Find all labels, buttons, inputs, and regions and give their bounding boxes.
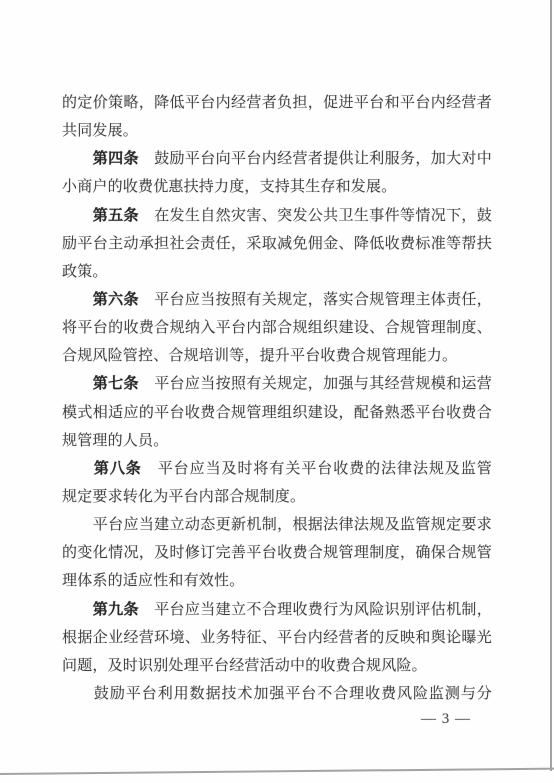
text-segment: 在发生自然灾害、突发公共卫生事件等情况下，鼓 [139, 208, 492, 224]
page-number: — 3 — [421, 709, 481, 729]
text-segment: 平台应当建立不合理收费行为风险识别评估机制， [139, 602, 492, 618]
text-segment: 平台应当及时将有关平台收费的法律法规及监管 [142, 461, 492, 477]
text-segment: 共同发展。 [62, 123, 138, 139]
text-segment: 问题，及时识别处理平台经营活动中的收费合规风险。 [62, 658, 427, 674]
page-edge-right-line [550, 0, 552, 771]
document-page: 的定价策略，降低平台内经营者负担，促进平台和平台内经营者共同发展。 第四条 鼓励… [0, 0, 554, 783]
text-segment [62, 151, 93, 167]
page-edge-bottom-line [0, 768, 554, 775]
article-number: 第四条 [93, 151, 139, 167]
document-body: 的定价策略，降低平台内经营者负担，促进平台和平台内经营者共同发展。 第四条 鼓励… [62, 89, 492, 708]
text-segment [62, 602, 93, 618]
article-number: 第九条 [93, 602, 139, 618]
text-line: 的定价策略，降低平台内经营者负担，促进平台和平台内经营者 [62, 89, 492, 117]
text-line: 的变化情况，及时修订完善平台收费合规管理制度，确保合规管 [62, 539, 492, 567]
text-segment: 平台应当按照有关规定，加强与其经营规模和运营 [139, 376, 492, 392]
text-line: 根据企业经营环境、业务特征、平台内经营者的反映和舆论曝光 [62, 624, 492, 652]
text-line: 将平台的收费合规纳入平台内部合规组织建设、合规管理制度、 [62, 314, 492, 342]
text-line: 鼓励平台利用数据技术加强平台不合理收费风险监测与分 [62, 680, 492, 708]
text-line: 合规风险管控、合规培训等，提升平台收费合规管理能力。 [62, 342, 492, 370]
text-segment: 合规风险管控、合规培训等，提升平台收费合规管理能力。 [62, 348, 457, 364]
text-segment: 的变化情况，及时修订完善平台收费合规管理制度，确保合规管 [62, 545, 492, 561]
text-segment: 理体系的适应性和有效性。 [62, 573, 244, 589]
text-segment: 根据企业经营环境、业务特征、平台内经营者的反映和舆论曝光 [62, 630, 492, 646]
text-line: 共同发展。 [62, 117, 492, 145]
text-line: 模式相适应的平台收费合规管理组织建设，配备熟悉平台收费合 [62, 399, 492, 427]
article-number: 第七条 [93, 376, 139, 392]
text-line: 第六条 平台应当按照有关规定，落实合规管理主体责任， [62, 286, 492, 314]
text-line: 第七条 平台应当按照有关规定，加强与其经营规模和运营 [62, 370, 492, 398]
text-segment [62, 376, 93, 392]
text-segment: 励平台主动承担社会责任，采取减免佣金、降低收费标准等帮扶 [62, 236, 492, 252]
text-line: 政策。 [62, 258, 492, 286]
text-line: 第八条 平台应当及时将有关平台收费的法律法规及监管 [62, 455, 492, 483]
text-line: 理体系的适应性和有效性。 [62, 567, 492, 595]
text-segment: 鼓励平台利用数据技术加强平台不合理收费风险监测与分 [62, 686, 492, 702]
article-number: 第五条 [93, 208, 139, 224]
text-segment: 鼓励平台向平台内经营者提供让利服务，加大对中 [139, 151, 492, 167]
text-line: 问题，及时识别处理平台经营活动中的收费合规风险。 [62, 652, 492, 680]
article-number: 第八条 [94, 461, 142, 477]
text-segment: 模式相适应的平台收费合规管理组织建设，配备熟悉平台收费合 [62, 405, 492, 421]
text-segment: 规管理的人员。 [62, 433, 168, 449]
text-segment: 规定要求转化为平台内部合规制度。 [62, 489, 305, 505]
text-segment: 的定价策略，降低平台内经营者负担，促进平台和平台内经营者 [62, 95, 492, 111]
text-line: 小商户的收费优惠扶持力度，支持其生存和发展。 [62, 173, 492, 201]
text-line: 第五条 在发生自然灾害、突发公共卫生事件等情况下，鼓 [62, 202, 492, 230]
text-segment: 平台应当按照有关规定，落实合规管理主体责任， [139, 292, 492, 308]
text-segment: 政策。 [62, 264, 108, 280]
text-segment: 平台应当建立动态更新机制，根据法律法规及监管规定要求 [62, 517, 492, 533]
text-segment [62, 292, 93, 308]
text-segment: 小商户的收费优惠扶持力度，支持其生存和发展。 [62, 179, 396, 195]
text-line: 规定要求转化为平台内部合规制度。 [62, 483, 492, 511]
text-line: 平台应当建立动态更新机制，根据法律法规及监管规定要求 [62, 511, 492, 539]
text-segment [62, 208, 93, 224]
text-line: 第九条 平台应当建立不合理收费行为风险识别评估机制， [62, 596, 492, 624]
text-segment: 将平台的收费合规纳入平台内部合规组织建设、合规管理制度、 [62, 320, 492, 336]
text-line: 规管理的人员。 [62, 427, 492, 455]
article-number: 第六条 [93, 292, 139, 308]
text-line: 第四条 鼓励平台向平台内经营者提供让利服务，加大对中 [62, 145, 492, 173]
text-segment [62, 461, 94, 477]
text-line: 励平台主动承担社会责任，采取减免佣金、降低收费标准等帮扶 [62, 230, 492, 258]
